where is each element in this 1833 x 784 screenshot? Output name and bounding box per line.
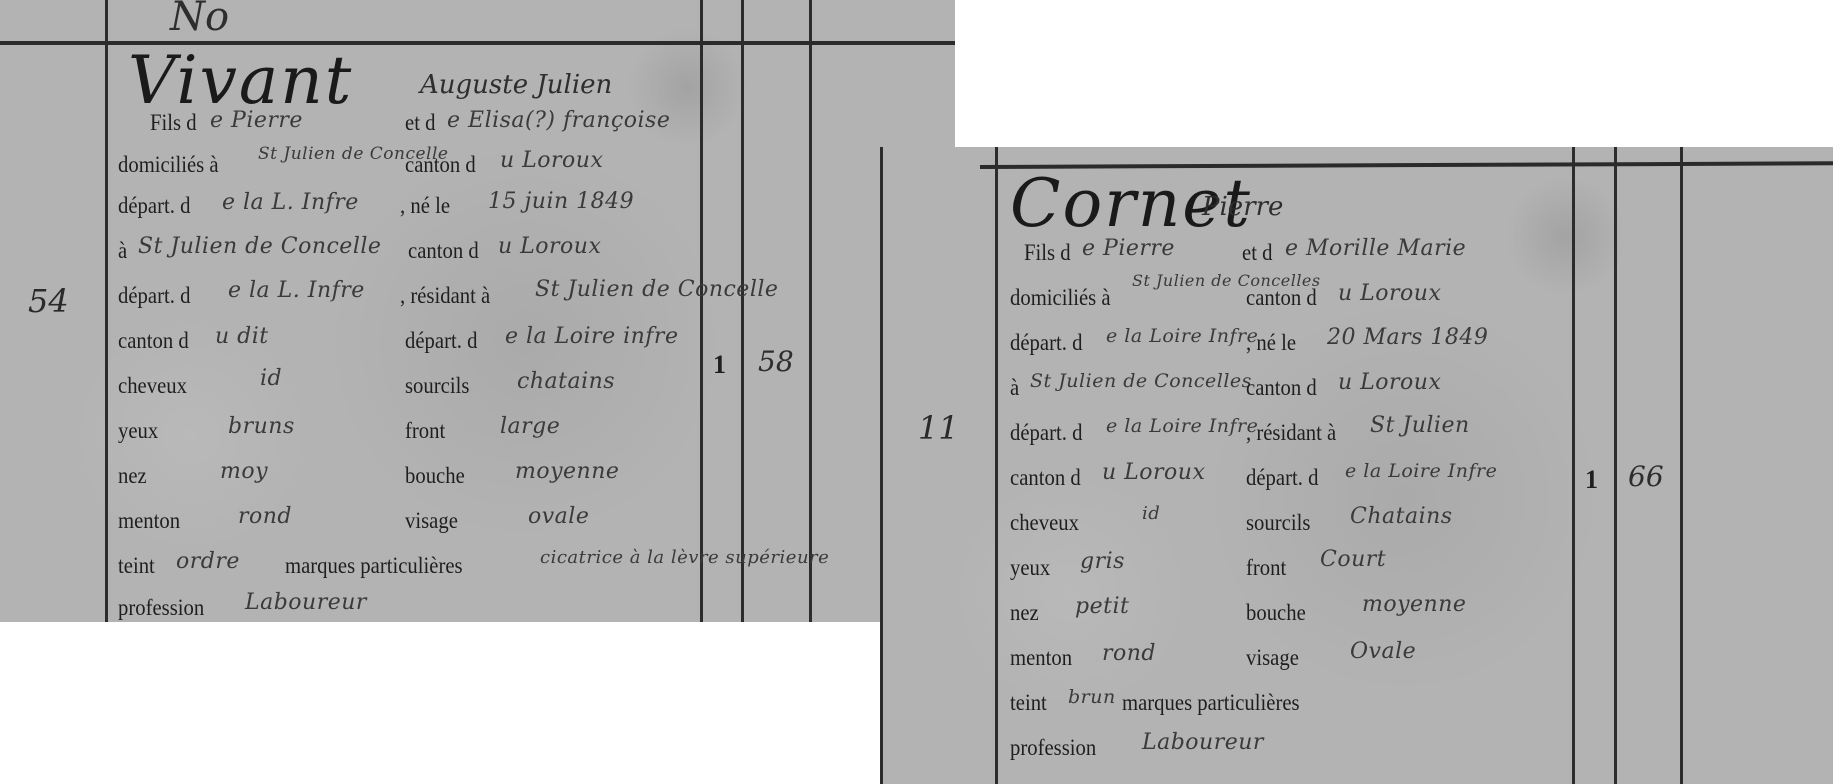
depart-label-2: départ. d bbox=[1010, 420, 1082, 446]
father-name: e Pierre bbox=[210, 108, 303, 133]
mother-name: e Morille Marie bbox=[1285, 236, 1466, 261]
canton-3: u Loroux bbox=[1102, 460, 1205, 485]
canton-2: u Loroux bbox=[1338, 370, 1441, 395]
no-label: No bbox=[170, 0, 229, 40]
mother-name: e Elisa(?) françoise bbox=[447, 108, 670, 133]
column-b-value: 58 bbox=[758, 345, 794, 378]
canton-label-3: canton d bbox=[118, 328, 189, 354]
bouche-label: bouche bbox=[405, 463, 465, 489]
visage-label: visage bbox=[1246, 645, 1299, 671]
register-number: 11 bbox=[918, 409, 959, 447]
column-line-3 bbox=[1680, 147, 1683, 784]
given-names: Auguste Julien bbox=[420, 70, 612, 100]
column-line-1 bbox=[1572, 147, 1575, 784]
marques-label: marques particulières bbox=[285, 553, 463, 579]
nez-value: petit bbox=[1075, 594, 1129, 619]
a-label: à bbox=[118, 238, 127, 264]
column-a-value: 1 bbox=[713, 350, 726, 380]
et-de-label: et d bbox=[1242, 240, 1272, 266]
depart-1: e la Loire Infre bbox=[1106, 325, 1258, 347]
menton-value: rond bbox=[1102, 641, 1156, 666]
canton-label-1: canton d bbox=[1246, 285, 1317, 311]
ne-le-label: , né le bbox=[400, 193, 450, 219]
residant-label: , résidant à bbox=[1246, 420, 1336, 446]
a-label: à bbox=[1010, 375, 1019, 401]
sourcils-value: chatains bbox=[517, 369, 615, 394]
canton-label-2: canton d bbox=[408, 238, 479, 264]
column-b-value: 66 bbox=[1628, 460, 1664, 493]
visage-value: ovale bbox=[528, 504, 589, 529]
nez-value: moy bbox=[220, 459, 268, 484]
left-border-line bbox=[105, 0, 108, 622]
column-line-2 bbox=[741, 0, 744, 622]
front-value: large bbox=[500, 414, 560, 439]
canton-label-1: canton d bbox=[405, 152, 476, 178]
depart-label-3: départ. d bbox=[1246, 465, 1318, 491]
canton-3: u dit bbox=[215, 324, 269, 349]
depart-3: e la Loire infre bbox=[505, 324, 678, 349]
column-line-1 bbox=[700, 0, 703, 622]
marques-value: cicatrice à la lèvre supérieure bbox=[540, 547, 829, 568]
depart-3: e la Loire Infre bbox=[1345, 460, 1497, 482]
birth-place: St Julien de Concelles bbox=[1030, 370, 1252, 392]
column-line-2 bbox=[1614, 147, 1617, 784]
depart-label-3: départ. d bbox=[405, 328, 477, 354]
teint-value: brun bbox=[1068, 686, 1116, 708]
birth-place: St Julien de Concelle bbox=[138, 234, 381, 259]
canton-1: u Loroux bbox=[1338, 281, 1441, 306]
profession-label: profession bbox=[118, 595, 204, 621]
column-line-3 bbox=[809, 0, 812, 622]
yeux-label: yeux bbox=[1010, 555, 1050, 581]
profession-label: profession bbox=[1010, 735, 1096, 761]
residant-label: , résidant à bbox=[400, 283, 490, 309]
profession-value: Laboureur bbox=[1142, 730, 1264, 755]
teint-label: teint bbox=[1010, 690, 1047, 716]
depart-label-1: départ. d bbox=[1010, 330, 1082, 356]
left-border-line bbox=[995, 147, 998, 784]
front-value: Court bbox=[1320, 547, 1386, 572]
record-panel-cornet: Cornet Pierre 11 Fils d e Pierre et d e … bbox=[880, 147, 1833, 784]
cheveux-label: cheveux bbox=[118, 373, 187, 399]
canton-label-2: canton d bbox=[1246, 375, 1317, 401]
front-label: front bbox=[405, 418, 445, 444]
record-panel-vivant: No Vivant Auguste Julien 54 Fils d e Pie… bbox=[0, 0, 955, 622]
fils-de-label: Fils d bbox=[150, 110, 197, 136]
cheveux-label: cheveux bbox=[1010, 510, 1079, 536]
given-names: Pierre bbox=[1202, 192, 1283, 222]
depart-2: e la Loire Infre bbox=[1106, 415, 1258, 437]
cheveux-value: id bbox=[1142, 503, 1160, 524]
canton-label-3: canton d bbox=[1010, 465, 1081, 491]
birth-date: 15 juin 1849 bbox=[488, 189, 634, 214]
nez-label: nez bbox=[118, 463, 147, 489]
sourcils-label: sourcils bbox=[1246, 510, 1310, 536]
outer-edge-line bbox=[880, 147, 883, 784]
bouche-value: moyenne bbox=[515, 459, 619, 484]
depart-2: e la L. Infre bbox=[228, 278, 365, 303]
marques-label: marques particulières bbox=[1122, 690, 1300, 716]
front-label: front bbox=[1246, 555, 1286, 581]
bouche-value: moyenne bbox=[1362, 592, 1466, 617]
column-a-value: 1 bbox=[1585, 465, 1598, 495]
yeux-value: bruns bbox=[228, 414, 295, 439]
depart-label-1: départ. d bbox=[118, 193, 190, 219]
profession-value: Laboureur bbox=[245, 590, 367, 615]
father-name: e Pierre bbox=[1082, 236, 1175, 261]
canton-1: u Loroux bbox=[500, 148, 603, 173]
cheveux-value: id bbox=[260, 366, 282, 391]
visage-label: visage bbox=[405, 508, 458, 534]
sourcils-value: Chatains bbox=[1350, 504, 1453, 529]
residence: St Julien bbox=[1370, 413, 1470, 438]
domicilies-label: domiciliés à bbox=[1010, 285, 1111, 311]
bouche-label: bouche bbox=[1246, 600, 1306, 626]
visage-value: Ovale bbox=[1350, 639, 1416, 664]
yeux-label: yeux bbox=[118, 418, 158, 444]
yeux-value: gris bbox=[1080, 549, 1125, 574]
birth-date: 20 Mars 1849 bbox=[1327, 325, 1488, 350]
teint-value: ordre bbox=[176, 549, 240, 574]
menton-label: menton bbox=[118, 508, 180, 534]
domicilies-label: domiciliés à bbox=[118, 152, 219, 178]
menton-label: menton bbox=[1010, 645, 1072, 671]
depart-label-2: départ. d bbox=[118, 283, 190, 309]
et-de-label: et d bbox=[405, 110, 435, 136]
ne-le-label: , né le bbox=[1246, 330, 1296, 356]
residence: St Julien de Concelle bbox=[535, 277, 778, 302]
sourcils-label: sourcils bbox=[405, 373, 469, 399]
menton-value: rond bbox=[238, 504, 292, 529]
nez-label: nez bbox=[1010, 600, 1039, 626]
depart-1: e la L. Infre bbox=[222, 190, 359, 215]
teint-label: teint bbox=[118, 553, 155, 579]
fils-de-label: Fils d bbox=[1024, 240, 1071, 266]
canton-2: u Loroux bbox=[498, 234, 601, 259]
register-number: 54 bbox=[28, 282, 69, 320]
